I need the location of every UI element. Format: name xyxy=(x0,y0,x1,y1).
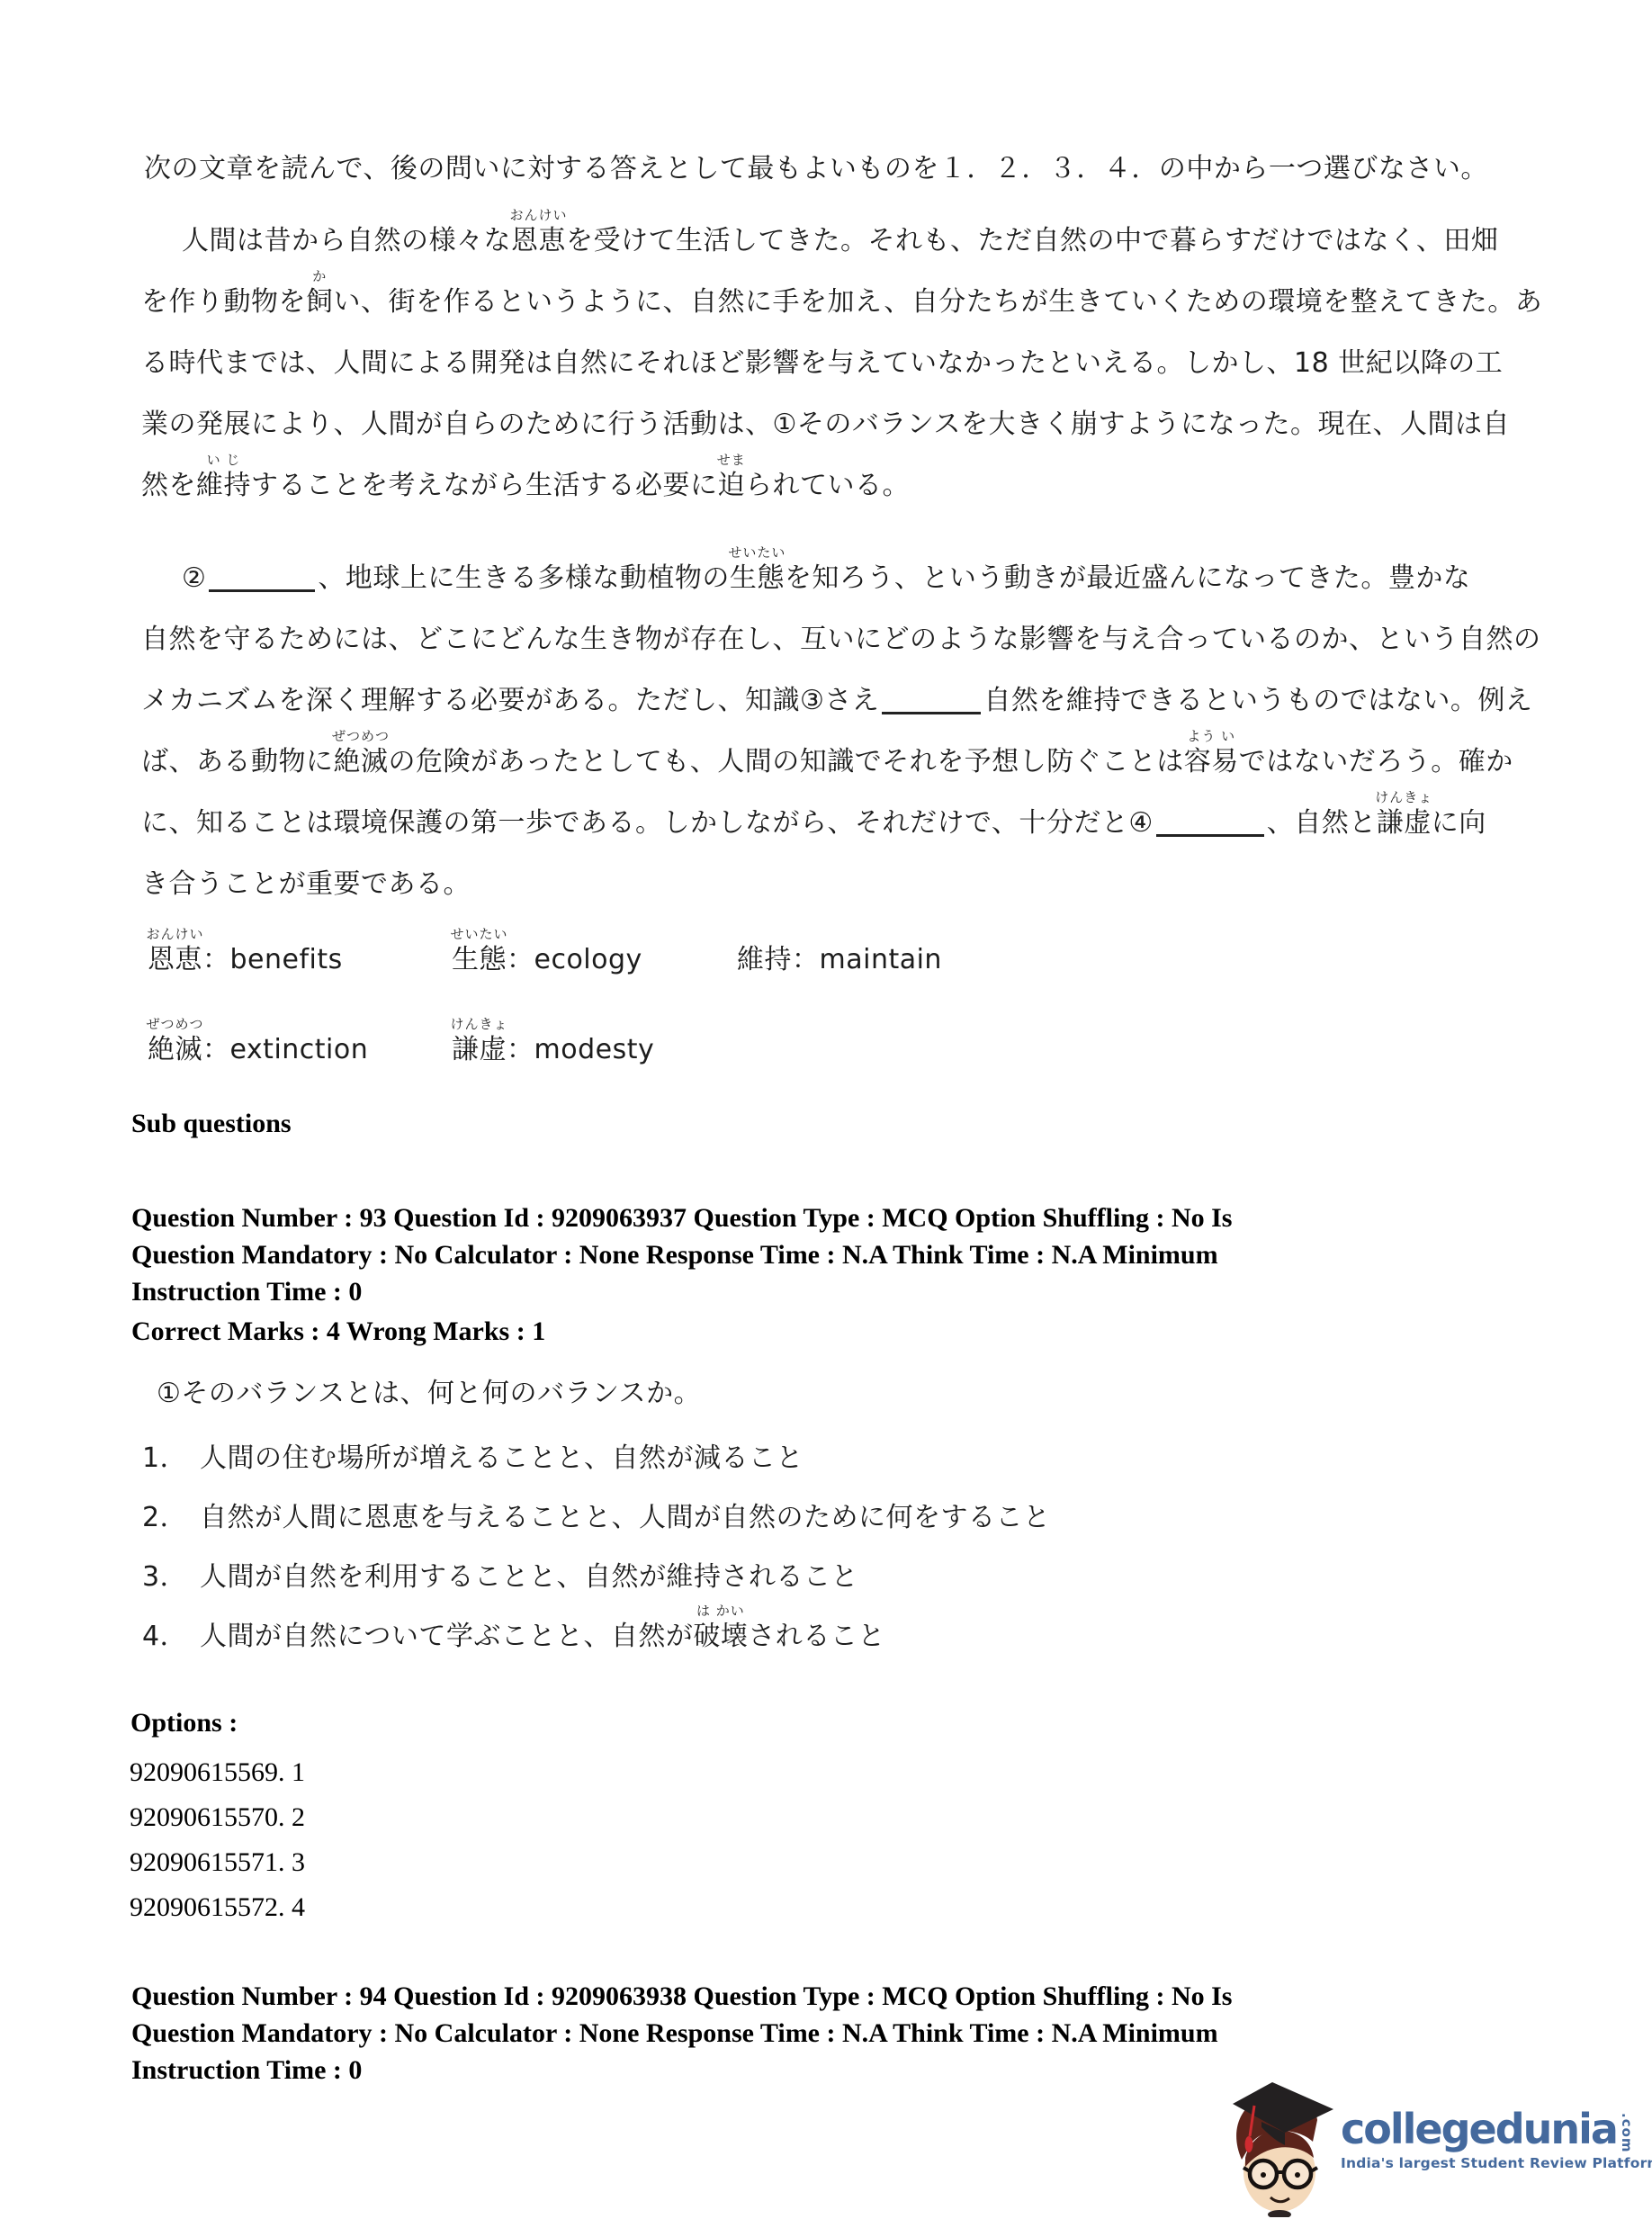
text-line: Question Number : 93 Question Id : 92090… xyxy=(131,1199,1481,1236)
text-run: 破壊 xyxy=(693,1621,748,1652)
ruby-term: せいたい生態 xyxy=(452,947,507,974)
ruby-term: おんけい恩恵 xyxy=(511,228,566,255)
text-run: 飼 xyxy=(306,286,334,318)
text-run: ② xyxy=(182,562,206,594)
furigana: おんけい xyxy=(509,209,567,222)
text-run: 謙虚 xyxy=(452,1034,507,1065)
brand-tagline: India's largest Student Review Platform xyxy=(1341,2155,1652,2171)
furigana: けんきょ xyxy=(1375,791,1432,804)
text-run: 業の発展により、人間が自らのために行う活動は、①そのバランスを大きく崩すようにな… xyxy=(141,409,1510,440)
exam-document-page: 次の文章を読んで、後の問いに対する答えとして最もよいものを１．２．３．４．の中か… xyxy=(0,0,1652,2228)
collegedunia-logo-text: collegedunia .com India's largest Studen… xyxy=(1341,2080,1652,2171)
text-run: 、自然と xyxy=(1267,807,1377,839)
text-run: ：maintain xyxy=(792,944,942,975)
text-line: Question Mandatory : No Calculator : Non… xyxy=(131,2015,1481,2052)
vocab-item: 維持：maintain xyxy=(737,947,942,974)
text-run: 容易 xyxy=(1184,746,1239,777)
text-run: ：extinction xyxy=(202,1034,368,1065)
text-run: 絶滅 xyxy=(148,1034,202,1065)
text-run: 恩恵 xyxy=(511,225,566,256)
text-line: 92090615569. 1 xyxy=(130,1750,305,1795)
text-run: 恩恵 xyxy=(148,944,202,975)
choice-number: 1． xyxy=(142,1445,200,1472)
furigana: い じ xyxy=(207,454,241,467)
text-run: を受けて生活してきた。それも、ただ自然の中で暮らすだけではなく、田畑 xyxy=(566,225,1498,256)
ruby-term: は かい破壊 xyxy=(693,1623,748,1650)
text-run: 自然を維持できるというものではない。例え xyxy=(983,685,1532,716)
vocab-row-1: おんけい恩恵：benefitsせいたい生態：ecology維持：maintain xyxy=(148,947,942,974)
brand-name: collegedunia xyxy=(1341,2106,1617,2152)
passage-instruction: 次の文章を読んで、後の問いに対する答えとして最もよいものを１．２．３．４．の中か… xyxy=(144,146,1488,185)
ruby-term: おんけい恩恵 xyxy=(148,947,202,974)
passage-line: を作り動物をか飼い、街を作るというように、自然に手を加え、自分たちが生きていくた… xyxy=(141,289,1542,316)
passage-line: メカニズムを深く理解する必要がある。ただし、知識③さえ自然を維持できるというもの… xyxy=(141,687,1541,714)
passage-line: 自然を守るためには、どこにどんな生き物が存在し、互いにどのような影響を与え合って… xyxy=(141,626,1541,653)
passage-line: 然をい じ維持することを考えながら生活する必要にせま迫られている。 xyxy=(141,472,1542,499)
text-run: 人間が自然を利用することと、自然が維持されること xyxy=(200,1561,858,1593)
passage-line: 人間は昔から自然の様々なおんけい恩恵を受けて生活してきた。それも、ただ自然の中で… xyxy=(141,228,1542,255)
collegedunia-mascot-icon xyxy=(1226,2080,1335,2217)
text-run: る時代までは、人間による開発は自然にそれほど影響を与えていなかったといえる。しか… xyxy=(141,347,1503,379)
text-run: 自然を守るためには、どこにどんな生き物が存在し、互いにどのような影響を与え合って… xyxy=(141,624,1541,655)
collegedunia-logo: collegedunia .com India's largest Studen… xyxy=(1226,2080,1652,2217)
text-run: 生態 xyxy=(452,944,507,975)
text-run: の危険があったとしても、人間の知識でそれを予想し防ぐことは xyxy=(389,746,1184,777)
text-run: 自然が人間に恩恵を与えることと、人間が自然のために何をすること xyxy=(200,1502,1051,1533)
text-run: られている。 xyxy=(745,470,910,501)
text-run: 生態 xyxy=(730,562,785,594)
text-line: Question Number : 94 Question Id : 92090… xyxy=(131,1978,1481,2015)
ruby-term: せいたい生態 xyxy=(730,565,785,592)
furigana: か xyxy=(312,270,327,283)
text-run: 人間が自然について学ぶことと、自然が xyxy=(200,1621,693,1652)
text-run: 謙虚 xyxy=(1377,807,1432,839)
furigana: は かい xyxy=(696,1604,745,1618)
choice-number: 4． xyxy=(142,1623,200,1650)
furigana: おんけい xyxy=(146,928,203,941)
passage-line: に、知ることは環境保護の第一歩である。しかしながら、それだけで、十分だと④、自然… xyxy=(141,810,1541,837)
sub-questions-heading: Sub questions xyxy=(131,1109,292,1139)
text-run: き合うことが重要である。 xyxy=(141,868,471,900)
text-line: Question Mandatory : No Calculator : Non… xyxy=(131,1236,1481,1273)
ruby-term: せま迫 xyxy=(718,472,746,499)
choice-number: 3． xyxy=(142,1564,200,1591)
choice-item: 1．人間の住む場所が増えることと、自然が減ること xyxy=(142,1445,1051,1472)
fill-in-blank xyxy=(209,584,315,592)
furigana: ぜつめつ xyxy=(146,1018,203,1031)
vocab-item: せいたい生態：ecology xyxy=(452,947,737,974)
furigana: せいたい xyxy=(728,546,786,560)
vocab-row-2: ぜつめつ絶滅：extinctionけんきょ謙虚：modesty xyxy=(148,1037,737,1064)
text-run: 人間は昔から自然の様々な xyxy=(182,225,511,256)
vocab-item: おんけい恩恵：benefits xyxy=(148,947,452,974)
ruby-term: か飼 xyxy=(306,289,334,316)
text-run: 迫 xyxy=(718,470,746,501)
text-run: 、地球上に生きる多様な動植物の xyxy=(318,562,730,594)
text-run: い、街を作るというように、自然に手を加え、自分たちが生きていくための環境を整えて… xyxy=(334,286,1543,318)
passage-line: ば、ある動物にぜつめつ絶滅の危険があったとしても、人間の知識でそれを予想し防ぐこ… xyxy=(141,749,1541,776)
vocab-item: けんきょ謙虚：modesty xyxy=(452,1037,737,1064)
q93-stem: ①そのバランスとは、何と何のバランスか。 xyxy=(157,1370,701,1410)
text-run: 人間の住む場所が増えることと、自然が減ること xyxy=(200,1442,804,1474)
q93-choices: 1．人間の住む場所が増えることと、自然が減ること2．自然が人間に恩恵を与えること… xyxy=(142,1445,1051,1683)
text-run: されること xyxy=(748,1621,885,1652)
q93-options-label: Options : xyxy=(130,1708,238,1738)
text-line: Instruction Time : 0 xyxy=(131,1273,1481,1310)
fill-in-blank xyxy=(882,706,981,714)
text-line: 92090615572. 4 xyxy=(130,1885,305,1930)
text-line: 92090615570. 2 xyxy=(130,1795,305,1840)
passage-line: 業の発展により、人間が自らのために行う活動は、①そのバランスを大きく崩すようにな… xyxy=(141,411,1542,438)
q93-option-ids: 92090615569. 192090615570. 292090615571.… xyxy=(130,1750,305,1930)
ruby-term: ぜつめつ絶滅 xyxy=(334,749,389,776)
passage-line: き合うことが重要である。 xyxy=(141,871,1541,898)
choice-item: 3．人間が自然を利用することと、自然が維持されること xyxy=(142,1564,1051,1591)
passage-line: る時代までは、人間による開発は自然にそれほど影響を与えていなかったといえる。しか… xyxy=(141,350,1542,377)
furigana: よう い xyxy=(1187,730,1235,743)
text-run: を作り動物を xyxy=(141,286,306,318)
choice-item: 4．人間が自然について学ぶことと、自然がは かい破壊されること xyxy=(142,1623,1051,1650)
q93-meta: Question Number : 93 Question Id : 92090… xyxy=(131,1199,1481,1310)
text-run: メカニズムを深く理解する必要がある。ただし、知識③さえ xyxy=(141,685,879,716)
text-run: ：modesty xyxy=(507,1034,654,1065)
ruby-term: けんきょ謙虚 xyxy=(452,1037,507,1064)
ruby-term: けんきょ謙虚 xyxy=(1377,810,1432,837)
text-run: ではないだろう。確か xyxy=(1239,746,1513,777)
furigana: けんきょ xyxy=(450,1018,507,1031)
q93-marks: Correct Marks : 4 Wrong Marks : 1 xyxy=(131,1316,545,1347)
ruby-term: い じ維持 xyxy=(196,472,251,499)
text-run: することを考えながら生活する必要に xyxy=(251,470,718,501)
text-run: 維持 xyxy=(196,470,251,501)
text-run: 維持 xyxy=(737,944,792,975)
text-run: ：benefits xyxy=(202,944,343,975)
furigana: せま xyxy=(717,454,746,467)
vocab-item: ぜつめつ絶滅：extinction xyxy=(148,1037,452,1064)
text-run: に、知ることは環境保護の第一歩である。しかしながら、それだけで、十分だと④ xyxy=(141,807,1154,839)
choice-item: 2．自然が人間に恩恵を与えることと、人間が自然のために何をすること xyxy=(142,1505,1051,1532)
text-run: を知ろう、という動きが最近盛んになってきた。豊かな xyxy=(785,562,1471,594)
text-run: ば、ある動物に xyxy=(141,746,334,777)
ruby-term: ぜつめつ絶滅 xyxy=(148,1037,202,1064)
text-run: ：ecology xyxy=(507,944,642,975)
passage-paragraph-2: ②、地球上に生きる多様な動植物のせいたい生態を知ろう、という動きが最近盛んになっ… xyxy=(141,565,1541,932)
brand-tld: .com xyxy=(1620,2113,1633,2153)
q94-meta: Question Number : 94 Question Id : 92090… xyxy=(131,1978,1481,2089)
choice-number: 2． xyxy=(142,1505,200,1532)
passage-line: ②、地球上に生きる多様な動植物のせいたい生態を知ろう、という動きが最近盛んになっ… xyxy=(141,565,1541,592)
text-line: 92090615571. 3 xyxy=(130,1840,305,1885)
passage-paragraph-1: 人間は昔から自然の様々なおんけい恩恵を受けて生活してきた。それも、ただ自然の中で… xyxy=(141,228,1542,534)
fill-in-blank xyxy=(1156,829,1264,837)
text-run: 然を xyxy=(141,470,196,501)
text-run: に向 xyxy=(1432,807,1486,839)
ruby-term: よう い容易 xyxy=(1184,749,1239,776)
furigana: せいたい xyxy=(450,928,507,941)
furigana: ぜつめつ xyxy=(332,730,390,743)
text-run: 絶滅 xyxy=(334,746,389,777)
